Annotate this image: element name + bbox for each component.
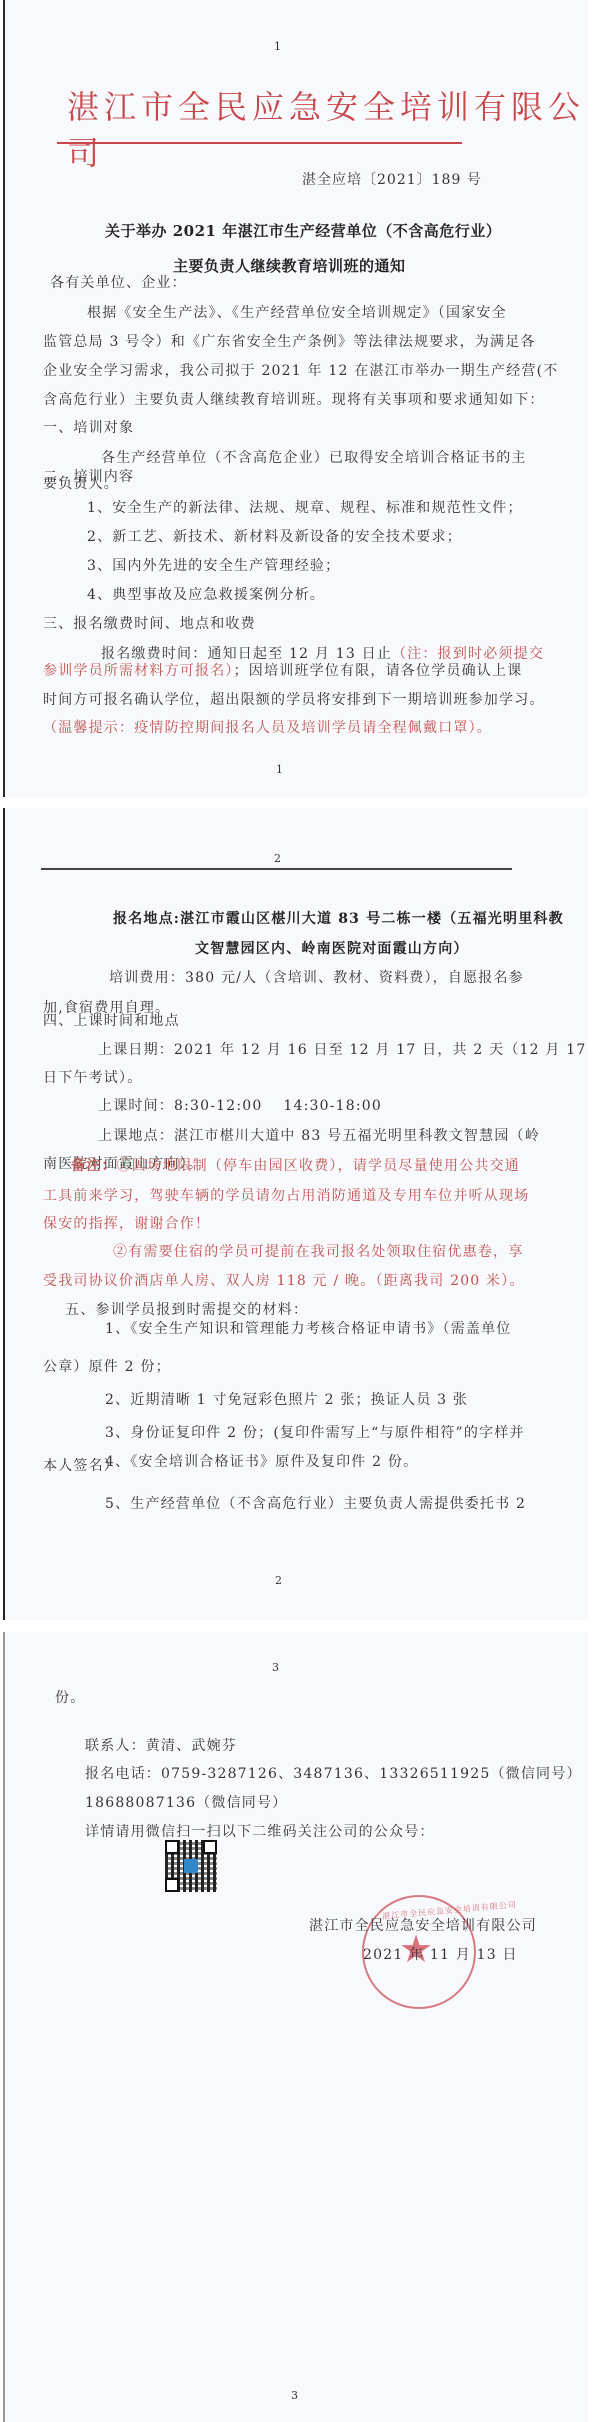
class-place-line: 上课地点：湛江市椹川大道中 83 号五福光明里科教文智慧园（岭: [98, 1128, 540, 1144]
page-number-bottom: 2: [275, 1574, 282, 1587]
section2-item: 2、新工艺、新技术、新材料及新设备的安全技术要求；: [87, 529, 462, 545]
qr-finder-icon: [165, 1878, 179, 1892]
intro-line: 含高危行业）主要负责人继续教育培训班。现将有关事项和要求通知如下：: [43, 392, 545, 408]
class-date-line: 日下午考试）。: [43, 1070, 142, 1086]
phone-line: 18688087136（微信同号）: [85, 1795, 287, 1811]
page-number-top: 2: [274, 852, 281, 865]
note1-line: 保安的指挥，谢谢合作！: [43, 1216, 210, 1232]
notice-title-line2: 主要负责人继续教育培训班的通知: [173, 255, 406, 276]
note2-line: 受我司协议价酒店单人房、双人房 118 元 / 晚。（距离我司 200 米）。: [43, 1273, 525, 1289]
signup-note-red: （注：报到时必须提交: [392, 646, 544, 662]
material-item: 2、近期清晰 1 寸免冠彩色照片 2 张；换证人员 3 张: [105, 1392, 468, 1408]
signup-note-red: 参训学员所需材料方可报名）: [43, 663, 234, 679]
wechat-line: 详情请用微信扫一扫以下二维码关注公司的公众号：: [85, 1824, 435, 1840]
intro-line: 企业安全学习需求，我公司拟于 2021 年 12 在湛江市举办一期生产经营(不: [43, 363, 559, 379]
section-heading: 一、培训对象: [43, 420, 134, 436]
contact-person: 联系人：黄清、武婉芬: [85, 1738, 237, 1754]
section-heading: 三、报名缴费时间、地点和收费: [43, 616, 256, 632]
material-item: 3、身份证复印件 2 份；(复印件需写上“与原件相符”的字样并: [105, 1425, 525, 1441]
signature-company: 湛江市全民应急安全培训有限公司: [309, 1918, 537, 1934]
qr-finder-icon: [165, 1840, 179, 1854]
signature-date: 2021 年 11 月 13 日: [363, 1947, 518, 1963]
class-time: 上课时间：8:30-12:00 14:30-18:00: [98, 1098, 382, 1114]
page-number-bottom: 3: [291, 2389, 298, 2402]
section-heading: 五、参训学员报到时需提交的材料：: [65, 1302, 308, 1318]
page-rule: [41, 868, 512, 870]
page-number-bottom: 1: [276, 763, 283, 776]
section-heading: 四、上课时间和地点: [43, 1013, 180, 1029]
signup-line-3: 时间方可报名确认学位，超出限额的学员将安排到下一期培训班参加学习。: [43, 692, 545, 708]
signup-rest: ；因培训班学位有限，请各位学员确认上课: [234, 663, 523, 679]
wechat-qr-code-icon[interactable]: [165, 1840, 217, 1892]
page-2: 2 报名地点:湛江市霞山区椹川大道 83 号二栋一楼（五福光明里科教 文智慧园区…: [3, 808, 588, 1620]
signup-time-line: 报名缴费时间：通知日起至 12 月 13 日止（注：报到时必须提交: [101, 646, 544, 662]
header-red-rule: [57, 142, 462, 144]
section-heading: 二、培训内容: [43, 469, 134, 485]
qr-logo-icon: [184, 1859, 198, 1873]
note1-line: 工具前来学习，驾驶车辆的学员请勿占用消防通道及专用车位并听从现场: [43, 1188, 529, 1204]
section2-item: 4、典型事故及应急救援案例分析。: [87, 587, 325, 603]
company-header: 湛江市全民应急安全培训有限公司: [67, 82, 588, 174]
intro-line: 根据《安全生产法》、《生产经营单位安全培训规定》（国家安全: [87, 305, 507, 321]
page-number-top: 3: [272, 1661, 279, 1674]
page-1: 1 湛江市全民应急安全培训有限公司 湛全应培〔2021〕189 号 关于举办 2…: [3, 0, 588, 797]
section2-item: 1、安全生产的新法律、法规、规章、规程、标准和规范性文件；: [87, 500, 523, 516]
doc-number: 湛全应培〔2021〕189 号: [302, 169, 482, 189]
signup-time-prefix: 报名缴费时间：通知日起至 12 月 13 日止: [101, 646, 392, 662]
qr-finder-icon: [203, 1840, 217, 1854]
signup-place-line2: 文智慧园区内、岭南医院对面霞山方向）: [195, 941, 469, 957]
material-item: 5、生产经营单位（不含高危行业）主要负责人需提供委托书 2: [105, 1496, 526, 1512]
page-number-top: 1: [274, 40, 281, 53]
material-item: 公章）原件 2 份；: [43, 1359, 171, 1375]
note-label: 备注：: [71, 1158, 117, 1174]
intro-line: 监管总局 3 号令）和《广东省安全生产条例》等法律法规要求，为满足各: [43, 334, 536, 350]
signup-place-line1: 报名地点:湛江市霞山区椹川大道 83 号二栋一楼（五福光明里科教: [113, 911, 564, 927]
note2-line: ②有需要住宿的学员可提前在我司报名处领取住宿优惠卷，享: [113, 1244, 523, 1260]
signup-line-2: 参训学员所需材料方可报名）；因培训班学位有限，请各位学员确认上课: [43, 663, 522, 679]
warm-tip: （温馨提示：疫情防控期间报名人员及培训学员请全程佩戴口罩）。: [43, 720, 492, 736]
notice-title-line1: 关于举办 2021 年湛江市生产经营单位（不含高危行业）: [105, 220, 501, 241]
material-item: 1、《安全生产知识和管理能力考核合格证申请书》（需盖单位: [105, 1321, 512, 1337]
section1-line: 各生产经营单位（不含高危企业）已取得安全培训合格证书的主: [101, 450, 527, 466]
material-item: 4、《安全培训合格证书》原件及复印件 2 份。: [105, 1454, 418, 1470]
fee-line: 培训费用：380 元/人（含培训、教材、资料费），自愿报名参: [109, 970, 524, 986]
class-date-line: 上课日期：2021 年 12 月 16 日至 12 月 17 日，共 2 天（1…: [98, 1042, 586, 1058]
salutation: 各有关单位、企业：: [50, 275, 187, 291]
note1-line: 备注：①因场地限制（停车由园区收费），请学员尽量使用公共交通: [71, 1158, 520, 1174]
section2-item: 3、国内外先进的安全生产管理经验；: [87, 558, 340, 574]
note1-text: ①因场地限制（停车由园区收费），请学员尽量使用公共交通: [117, 1158, 520, 1174]
page-3: 3 份。 联系人：黄清、武婉芬 报名电话：0759-3287126、348713…: [3, 1632, 588, 2422]
continuation-text: 份。: [55, 1690, 85, 1706]
phone-line: 报名电话：0759-3287126、3487136、13326511925（微信…: [85, 1766, 582, 1782]
